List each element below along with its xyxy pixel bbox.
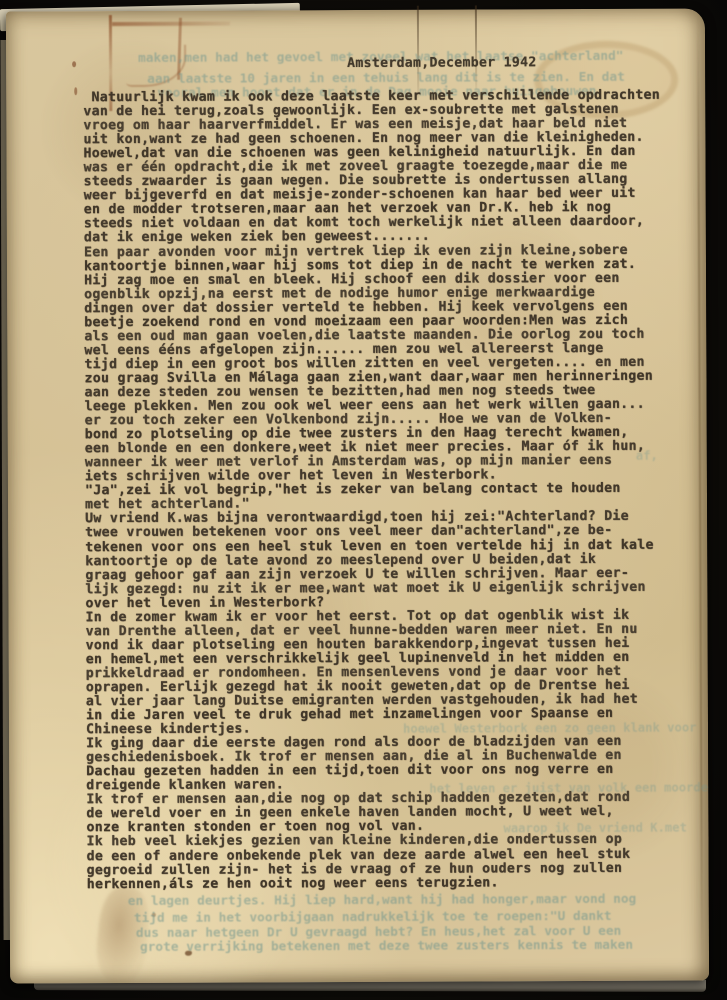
brown-smudge (93, 885, 152, 986)
typed-line: herkennen,áls ze hen ooit nog weer eens … (87, 875, 687, 892)
bleedthrough-text: en lagen deurtjes. Hij liep hard,want hi… (128, 892, 637, 909)
bleedthrough-text: grote verrijking betekenen met deze twee… (140, 938, 633, 955)
paper-edge-shadow (697, 9, 703, 981)
typed-text-column: Amsterdam,December 1942 Natuurlijk kwam … (83, 55, 687, 892)
typed-line: in die Jaren veel te druk gehad met inza… (86, 707, 686, 724)
letter-body: Natuurlijk kwam ik ook deze laatste keer… (83, 89, 686, 892)
bleedthrough-text: tijd me in het voorbijgaan nadrukkelijk … (134, 909, 612, 926)
typed-line: lijk gezegd: nu zit ik er mee,want wat m… (85, 580, 685, 597)
letter-paper: maken,men had het gevoel met zoveel wat … (6, 8, 709, 983)
bleedthrough-text: dus naar hetgeen Dr U gevraagd hebt? En … (136, 924, 621, 941)
rust-mark (112, 22, 230, 26)
rust-speck (74, 87, 77, 95)
dirt-speck (185, 951, 192, 956)
rust-speck (72, 61, 76, 67)
dirt-speck (152, 913, 156, 917)
scanned-letter-page: maken,men had het gevoel met zoveel wat … (0, 0, 727, 1000)
dateline: Amsterdam,December 1942 (83, 55, 683, 72)
